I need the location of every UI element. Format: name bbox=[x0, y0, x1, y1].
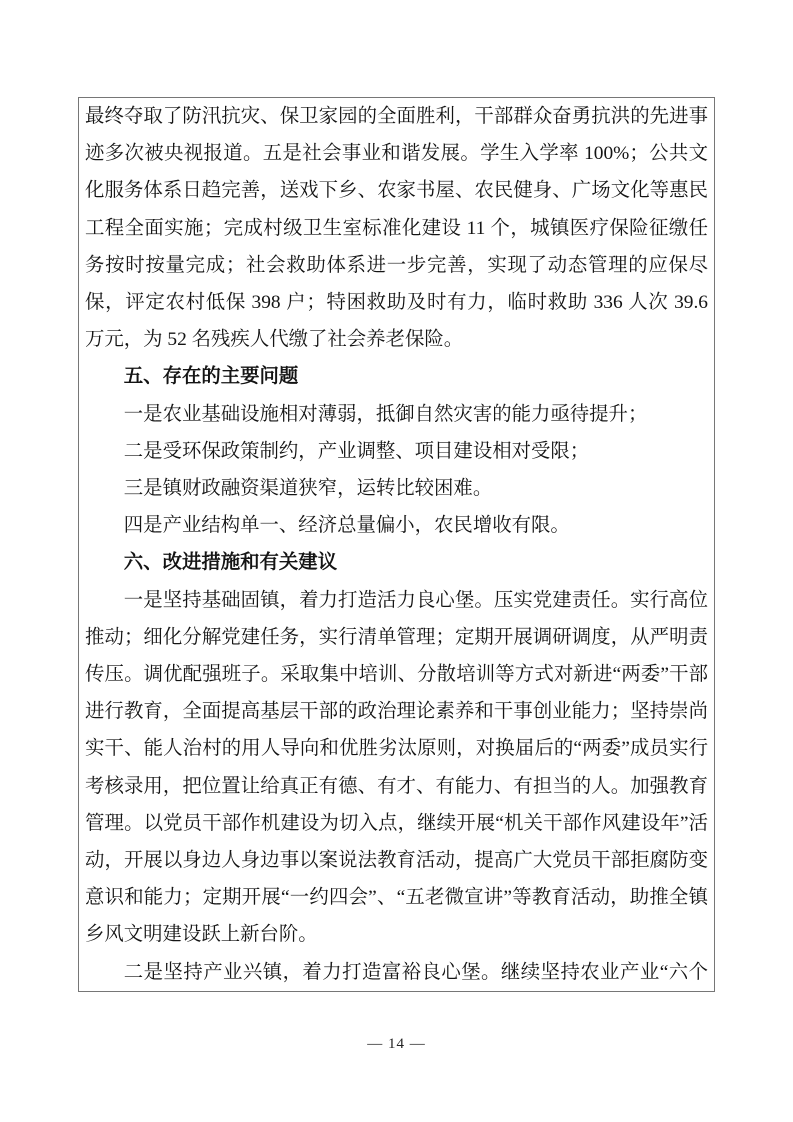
section-heading-problems: 五、存在的主要问题 bbox=[85, 358, 708, 395]
issue-item-3: 三是镇财政融资渠道狭窄，运转比较困难。 bbox=[85, 470, 708, 507]
page-number: — 14 — bbox=[0, 1036, 793, 1053]
measure-paragraph-1: 一是坚持基础固镇，着力打造活力良心堡。压实党建责任。实行高位推动；细化分解党建任… bbox=[85, 582, 708, 954]
issue-item-4: 四是产业结构单一、经济总量偏小，农民增收有限。 bbox=[85, 507, 708, 544]
measure-paragraph-2: 二是坚持产业兴镇，着力打造富裕良心堡。继续坚持农业产业“六个一” bbox=[85, 954, 708, 992]
issue-item-2: 二是受环保政策制约，产业调整、项目建设相对受限； bbox=[85, 433, 708, 470]
document-border-box: 最终夺取了防汛抗灾、保卫家园的全面胜利，干部群众奋勇抗洪的先进事迹多次被央视报道… bbox=[78, 97, 715, 992]
issue-item-1: 一是农业基础设施相对薄弱，抵御自然灾害的能力亟待提升； bbox=[85, 396, 708, 433]
section-heading-measures: 六、改进措施和有关建议 bbox=[85, 544, 708, 581]
body-paragraph-continuation: 最终夺取了防汛抗灾、保卫家园的全面胜利，干部群众奋勇抗洪的先进事迹多次被央视报道… bbox=[85, 98, 708, 358]
